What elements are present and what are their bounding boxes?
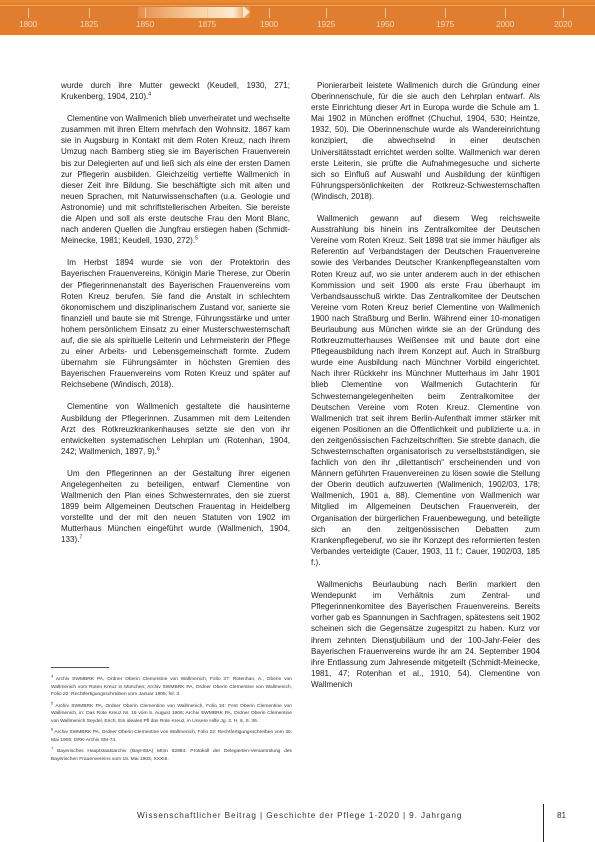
timeline-tick: 1825 — [69, 8, 109, 29]
footnote-text: Archiv SWMBRK PA, Ordner Oberin Clementi… — [51, 704, 292, 724]
paragraph-text: Pionierarbeit leistete Wallmenich durch … — [311, 81, 540, 201]
timeline-base-line — [0, 31, 595, 33]
paragraph-text: Im Herbst 1894 wurde sie von der Protekt… — [61, 258, 290, 389]
footnote: 6 Archiv SWMBRK PA, Ordner Oberin Clemen… — [51, 729, 292, 744]
timeline-top-stripe — [0, 0, 595, 3]
paragraph: Pionierarbeit leistete Wallmenich durch … — [311, 80, 540, 202]
paragraph-text: wurde durch ihre Mutter geweckt (Keudell… — [61, 81, 290, 101]
footnote-number: 5 — [51, 700, 53, 705]
paragraph-text: Wallmenichs Beurlaubung nach Berlin mark… — [311, 580, 540, 689]
paragraph: Um den Pflegerinnen an der Gestaltung ih… — [61, 468, 290, 546]
timeline-year: 2000 — [485, 19, 525, 29]
timeline-year: 1800 — [8, 19, 48, 29]
paragraph: Clementine von Wallmenich gestaltete die… — [61, 401, 290, 456]
timeline-year: 1850 — [125, 19, 165, 29]
paragraph: wurde durch ihre Mutter geweckt (Keudell… — [61, 80, 290, 102]
paragraph-text: Wallmenich gewann auf diesem Weg reichsw… — [311, 214, 540, 567]
paragraph-text: Um den Pflegerinnen an der Gestaltung ih… — [61, 469, 290, 545]
footnote-ref[interactable]: 6 — [157, 446, 160, 452]
timeline-tick: 1975 — [425, 8, 465, 29]
footnote-ref[interactable]: 7 — [79, 535, 82, 541]
footnote-number: 4 — [51, 673, 53, 678]
paragraph: Clementine von Wallmenich blieb unverhei… — [61, 113, 290, 246]
timeline-year: 2020 — [543, 19, 583, 29]
paragraph: Wallmenichs Beurlaubung nach Berlin mark… — [311, 579, 540, 690]
footnote: 4 Archiv SWMBRK PA, Ordner Oberin Clemen… — [51, 676, 292, 699]
timeline-tick: 2020 — [543, 8, 583, 29]
timeline-tick: 1875 — [187, 8, 227, 29]
paragraph: Wallmenich gewann auf diesem Weg reichsw… — [311, 213, 540, 568]
timeline-year: 1925 — [306, 19, 346, 29]
timeline-year: 1875 — [187, 19, 227, 29]
footnote-ref[interactable]: 5 — [195, 236, 198, 242]
footnote: 7 Bayerisches Hauptstaatsarchiv (BayHStA… — [51, 748, 292, 763]
paragraph-text: Clementine von Wallmenich blieb unverhei… — [61, 114, 290, 245]
timeline-tick: 1900 — [249, 8, 289, 29]
timeline-year: 1825 — [69, 19, 109, 29]
footnote-number: 6 — [51, 726, 53, 731]
timeline-tick: 1850 — [125, 8, 165, 29]
footnote-text: Archiv SWMBRK PA, Ordner Oberin Clementi… — [51, 730, 292, 743]
footnote-text: Archiv SWMBRK PA, Ordner Oberin Clementi… — [51, 677, 292, 697]
timeline-tick: 2000 — [485, 8, 525, 29]
timeline-year: 1950 — [365, 19, 405, 29]
paragraph: Im Herbst 1894 wurde sie von der Protekt… — [61, 257, 290, 390]
timeline-tick: 1800 — [8, 8, 48, 29]
footer-divider — [543, 804, 544, 842]
timeline-tick: 1950 — [365, 8, 405, 29]
left-column: wurde durch ihre Mutter geweckt (Keudell… — [61, 80, 290, 557]
timeline-bottom-fade — [0, 35, 595, 37]
timeline-year: 1900 — [249, 19, 289, 29]
paragraph-text: Clementine von Wallmenich gestaltete die… — [61, 402, 290, 455]
footnote-ref[interactable]: 4 — [148, 91, 151, 97]
timeline-tick: 1925 — [306, 8, 346, 29]
page-number: 81 — [557, 811, 566, 820]
timeline-header: 1800 1825 1850 1875 1900 1925 1950 1975 … — [0, 0, 595, 37]
footnote-text: Bayerisches Hauptstaatsarchiv (BayHStA) … — [51, 749, 292, 762]
footnotes: 4 Archiv SWMBRK PA, Ordner Oberin Clemen… — [51, 676, 292, 767]
right-column: Pionierarbeit leistete Wallmenich durch … — [311, 80, 540, 701]
footnote-number: 7 — [51, 745, 53, 750]
running-footer: Wissenschaftlicher Beitrag | Geschichte … — [137, 811, 462, 820]
timeline-top-line — [0, 5, 595, 6]
footnote: 5 Archiv SWMBRK PA, Ordner Oberin Clemen… — [51, 703, 292, 726]
footnote-separator — [51, 667, 109, 668]
timeline-year: 1975 — [425, 19, 465, 29]
